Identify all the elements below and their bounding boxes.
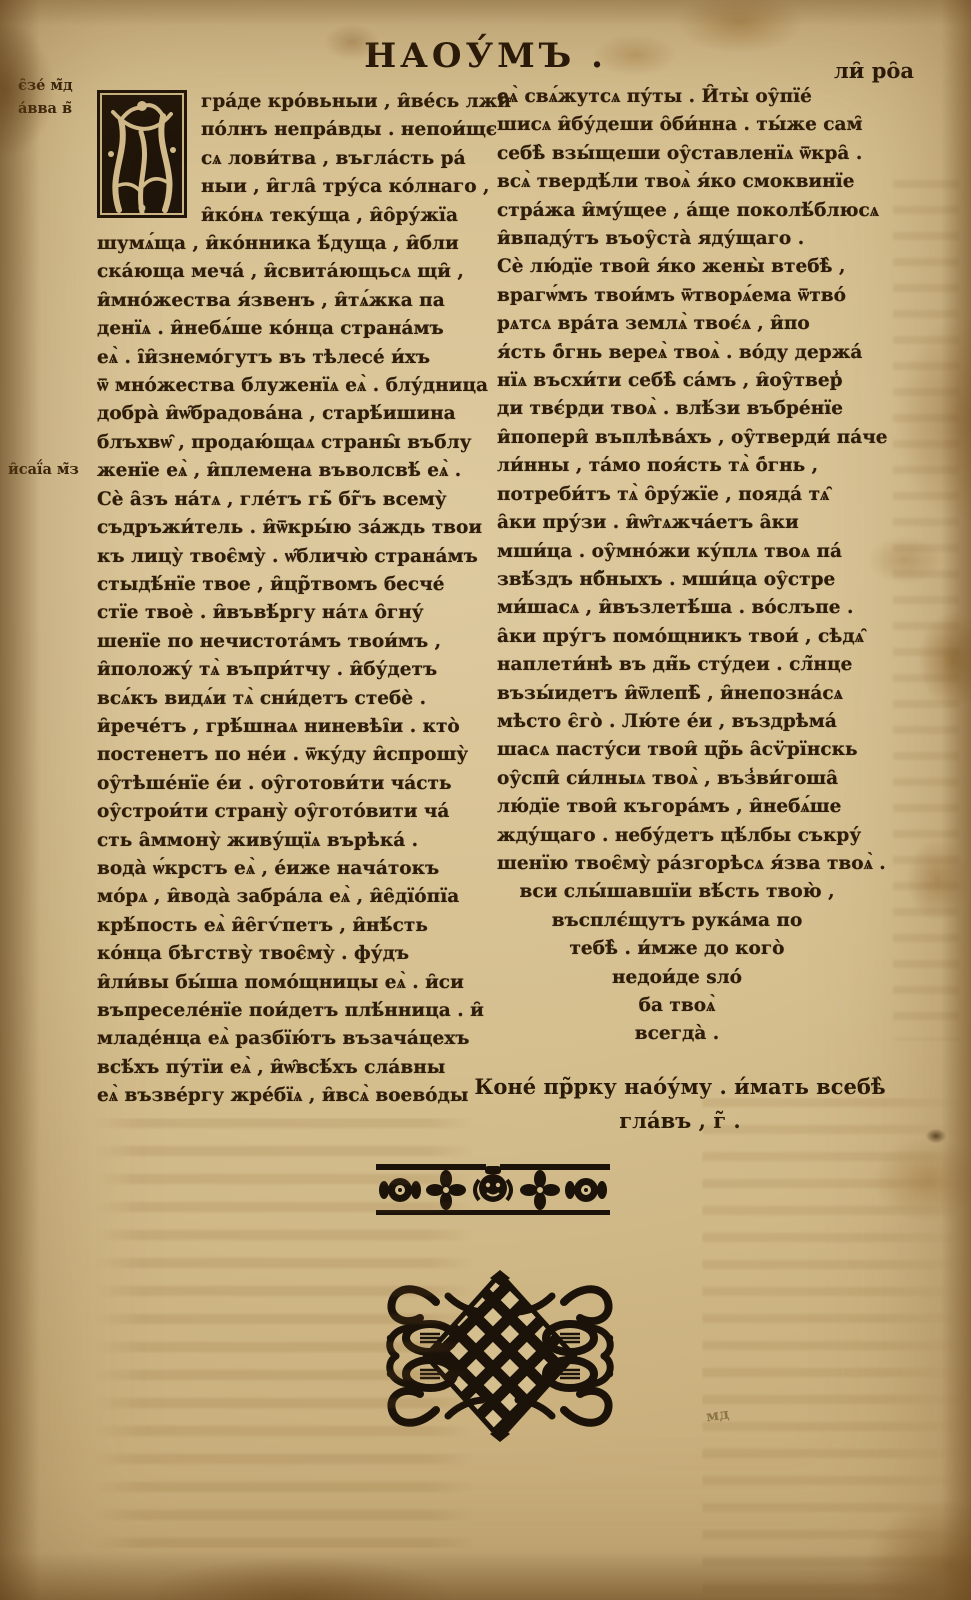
text-line: стра́жа и̑му́щее , а́ще поколѣ́блюсѧ bbox=[497, 197, 889, 225]
margin-note-line: а́вва в̃ bbox=[18, 97, 73, 120]
text-line: по́лнъ непра́вды . непои́щє bbox=[97, 116, 485, 144]
text-line: а̑ки пру́зи . и̑ѡ̑тѧжча́етъ а̑ки bbox=[497, 509, 889, 537]
text-line: вода̀ ѡ́крстъ еѧ̀ , е́иже нача́токъ bbox=[97, 855, 485, 883]
text-line: ми́шасѧ , и̑възлетѣ́ша . во́слъпе . bbox=[497, 594, 889, 622]
text-line: звѣ́здъ нб̃ныхъ . мши́ца оу̑стре bbox=[497, 566, 889, 594]
text-line: и̑впаду́тъ въоу̑ста̀ яду́щаго . bbox=[497, 225, 889, 253]
text-line: ко́нца бѣгству̀ твоє̑му̀ . фу́дъ bbox=[97, 940, 485, 968]
text-line: добра̀ и̑ѡ̑брадова́на , старѣ́ишина bbox=[97, 400, 485, 428]
text-line: шенїю твоє̑му̀ ра́згорѣсѧ я́зва твоѧ̀ . bbox=[497, 850, 889, 878]
text-line: сѧ лови́тва , въгла́сть ра́ bbox=[97, 145, 485, 173]
text-line: блъхвѡ̑ , продаю́щаѧ страны̑ въблу bbox=[97, 429, 485, 457]
text-line: оу̑тѣше́нїе е́и . оу̑готови́ти ча́сть bbox=[97, 770, 485, 798]
interlaced-knot-icon bbox=[378, 1268, 622, 1444]
colophon-line: гла́въ , г̃ . bbox=[470, 1104, 890, 1138]
text-line: и̑ко́нѧ теку́ща , и̑о̑ру́жїа bbox=[97, 202, 485, 230]
text-line: еѧ̀ възве́ргу жре́бїѧ , и̑всѧ̀ воево́ды bbox=[97, 1082, 485, 1110]
text-line: еѧ̀ свѧ́жутсѧ пу́ты . И̑ты̀ оу̑пїе́ bbox=[497, 83, 889, 111]
text-line: стыдѣ́нїе твое , и̑цр̃твомъ бесче́ bbox=[97, 571, 485, 599]
text-line: рѧтсѧ вра́та землѧ̀ твоє́ѧ , и̑по bbox=[497, 310, 889, 338]
text-line: себѣ̀ взы́щеши оу̑ставленїѧ ѿкра̑ . bbox=[497, 140, 889, 168]
text-line: всѣ́хъ пу́тїи еѧ̀ , и̑ѡ̑всѣ́хъ сла́вны bbox=[97, 1054, 485, 1082]
verso-bleedthrough-edge bbox=[893, 180, 959, 1040]
text-line: мѣсто є̑го̀ . Лю́те е́и , въздрѣма́ bbox=[497, 708, 889, 736]
floral-band-icon bbox=[374, 1160, 612, 1218]
column-right-lines: еѧ̀ свѧ́жутсѧ пу́ты . И̑ты̀ оу̑пїе́шисѧ … bbox=[497, 83, 889, 878]
text-line: ѿ мно́жества блуженїѧ еѧ̀ . блу́дница bbox=[97, 372, 485, 400]
verso-bleedthrough-right bbox=[702, 1098, 964, 1598]
folio-number: ли̑ ро̑а bbox=[834, 58, 914, 83]
text-line: и̑попери̑ въплѣва́хъ , оу̑тверди́ па́че bbox=[497, 424, 889, 452]
text-line: оу̑строи́ти страну̀ оу̑гото́вити ча́ bbox=[97, 798, 485, 826]
faint-corner-mark: мд bbox=[705, 1404, 730, 1425]
text-line: женїе еѧ̀ , и̑племена въволсвѣ́ еѧ̀ . bbox=[97, 457, 485, 485]
text-line: гра́де кро́вьныи , и̑ве́сь лжи̑ bbox=[97, 88, 485, 116]
text-line: еѧ̀ . і̑и̑знемо́гутъ въ тѣлесе́ и́хъ bbox=[97, 344, 485, 372]
text-line: мо́рѧ , и̑вода̀ забра́ла еѧ̀ , и̑е̑дїо́п… bbox=[97, 883, 485, 911]
text-line: шумѧ́ща , и̑ко́нника ѣ́дуща , и̑бли bbox=[97, 230, 485, 258]
text-line: и̑рече́тъ , грѣ́шнаѧ ниневѣі̑и . кто̀ bbox=[97, 713, 485, 741]
text-line: всегда̀ . bbox=[497, 1020, 857, 1048]
text-line: къ лицу̀ твоє̑му̀ . ѡ̑бличю̀ страна́мъ bbox=[97, 543, 485, 571]
text-line: постенетъ по не́и . ѿку́ду и̑спрошу̀ bbox=[97, 741, 485, 769]
text-line: я́сть о̑́гнь вереѧ̀ твоѧ̀ . во́ду держа́ bbox=[497, 339, 889, 367]
text-line: сть а̑ммону̀ живу́щїѧ върѣка́ . bbox=[97, 827, 485, 855]
text-line: съдръжи́тель . и̑ѿкры́ю за́ждь твои bbox=[97, 514, 485, 542]
text-line: жду́щаго . небу́детъ цѣ́лбы съкру́ bbox=[497, 822, 889, 850]
text-line: въпреселе́нїе пои́детъ плѣ́нница . и̑ bbox=[97, 997, 485, 1025]
text-line: ли́нны , та́мо поя́сть тѧ̀ о̑́гнь , bbox=[497, 452, 889, 480]
text-line: ди твє́рди твоѧ̀ . влѣ́зи въбре́нїе bbox=[497, 395, 889, 423]
margin-note-references: є̑зе́ м̃д а́вва в̃ bbox=[18, 74, 73, 120]
text-line: и̑ли́вы бы́ша помо́щницы еѧ̀ . и̑си bbox=[97, 969, 485, 997]
scanned-book-page: НАОУ́МЪ . ли̑ ро̑а є̑зе́ м̃д а́вва в̃ и̑… bbox=[0, 0, 971, 1600]
text-line: всѧ̀ твердѣ́ли твоѧ̀ я́ко смоквинїе bbox=[497, 168, 889, 196]
text-line: мши́ца . оу̑мно́жи ку́плѧ твоѧ па́ bbox=[497, 538, 889, 566]
running-head-title: НАОУ́МЪ . bbox=[0, 36, 971, 76]
text-line: стїе твоѐ . и̑въвѣ́ргу на́тѧ о̑гну́ bbox=[97, 599, 485, 627]
text-line: оу̑спи̑ си́лныѧ твоѧ̀ , въз̾ви́гоша̑ bbox=[497, 765, 889, 793]
text-line: шисѧ и̑бу́деши о̑би́нна . ты́же сам̑ bbox=[497, 111, 889, 139]
text-line: Сѐ а̑зъ на́тѧ , гле́тъ гь̃ бг̃ъ всему̀ bbox=[97, 486, 485, 514]
text-line: младе́нца еѧ̀ разбїю́тъ възача́цехъ bbox=[97, 1025, 485, 1053]
text-line: ныи , и̑гла̑ тру́са ко́лнаго , bbox=[97, 173, 485, 201]
text-line: възы́идетъ и̑ѿлепѣ̑ , и̑непозна́сѧ bbox=[497, 680, 889, 708]
text-line: шенїе по нечистота́мъ твои́мъ , bbox=[97, 628, 485, 656]
text-line: денїѧ . и̑небѧ́ше ко́нца страна́мъ bbox=[97, 315, 485, 343]
text-line: ба твоѧ̀ bbox=[497, 992, 857, 1020]
text-line: шасѧ пасту́си твои̑ цр̃ь а̑сѵ̈рїнскь bbox=[497, 736, 889, 764]
text-line: и̑мно́жества я́звенъ , и̑тѧ́жка па bbox=[97, 287, 485, 315]
text-line: нїѧ въсхи́ти себѣ̀ са́мъ , и̑оу̑твер̾ bbox=[497, 367, 889, 395]
text-line: лю́дїе твои̑ къгора́мъ , и̑небѧ́ше bbox=[497, 793, 889, 821]
margin-note-isaiah: и̑саї́а м̃з bbox=[8, 458, 79, 481]
colophon-line: Коне́ пр̃рку нао́у́му . и́мать всебѣ̀ bbox=[470, 1070, 890, 1104]
interlaced-knot-ornament bbox=[378, 1268, 622, 1444]
text-column-left: гра́де кро́вьныи , и̑ве́сь лжи̑по́лнъ не… bbox=[97, 88, 485, 1111]
text-line: потреби́тъ тѧ̀ о̑ру́жїе , пояда́ тѧ̑ bbox=[497, 481, 889, 509]
text-line: вси слы́шавшїи вѣ́сть твою̀ , bbox=[497, 878, 857, 906]
text-line: крѣ́пость еѧ̀ и̑е̑гѵ́петъ , и̑нѣ́сть bbox=[97, 912, 485, 940]
text-line: наплети́нѣ въ дн̃ь сту́деи . сл̃нце bbox=[497, 651, 889, 679]
column-left-lines: гра́де кро́вьныи , и̑ве́сь лжи̑по́лнъ не… bbox=[97, 88, 485, 1111]
margin-note-line: є̑зе́ м̃д bbox=[18, 74, 73, 97]
text-line: врагѡ́мъ твои́мъ ѿтворѧ́ема ѿтво́ bbox=[497, 282, 889, 310]
text-line: въсплє́щутъ рука́ма по bbox=[497, 907, 857, 935]
text-line: недои́де ѕло́ bbox=[497, 964, 857, 992]
floral-band-ornament bbox=[374, 1160, 612, 1218]
text-line: ска́юща меча́ , и̑свита́ющьсѧ щи̑ , bbox=[97, 258, 485, 286]
text-line: Сѐ лю́дїе твои̑ я́ко жены̀ втебѣ̀ , bbox=[497, 253, 889, 281]
text-column-right: еѧ̀ свѧ́жутсѧ пу́ты . И̑ты̀ оу̑пїе́шисѧ … bbox=[497, 83, 889, 1049]
text-line: тебѣ̀ . и́мже до кого̀ bbox=[497, 935, 857, 963]
text-line: а̑ки пру́гъ помо́щникъ твои́ , сѣдѧ̑ bbox=[497, 623, 889, 651]
chapter-colophon: Коне́ пр̃рку нао́у́му . и́мать всебѣ̀ гл… bbox=[470, 1070, 890, 1138]
text-line: всѧ́къ видѧ́и тѧ̀ сни́детъ стебѐ . bbox=[97, 685, 485, 713]
text-line: и̑положу́ тѧ̀ въпри́тчу . и̑бу́детъ bbox=[97, 656, 485, 684]
column-right-taper-lines: вси слы́шавшїи вѣ́сть твою̀ ,въсплє́щутъ… bbox=[497, 878, 857, 1048]
